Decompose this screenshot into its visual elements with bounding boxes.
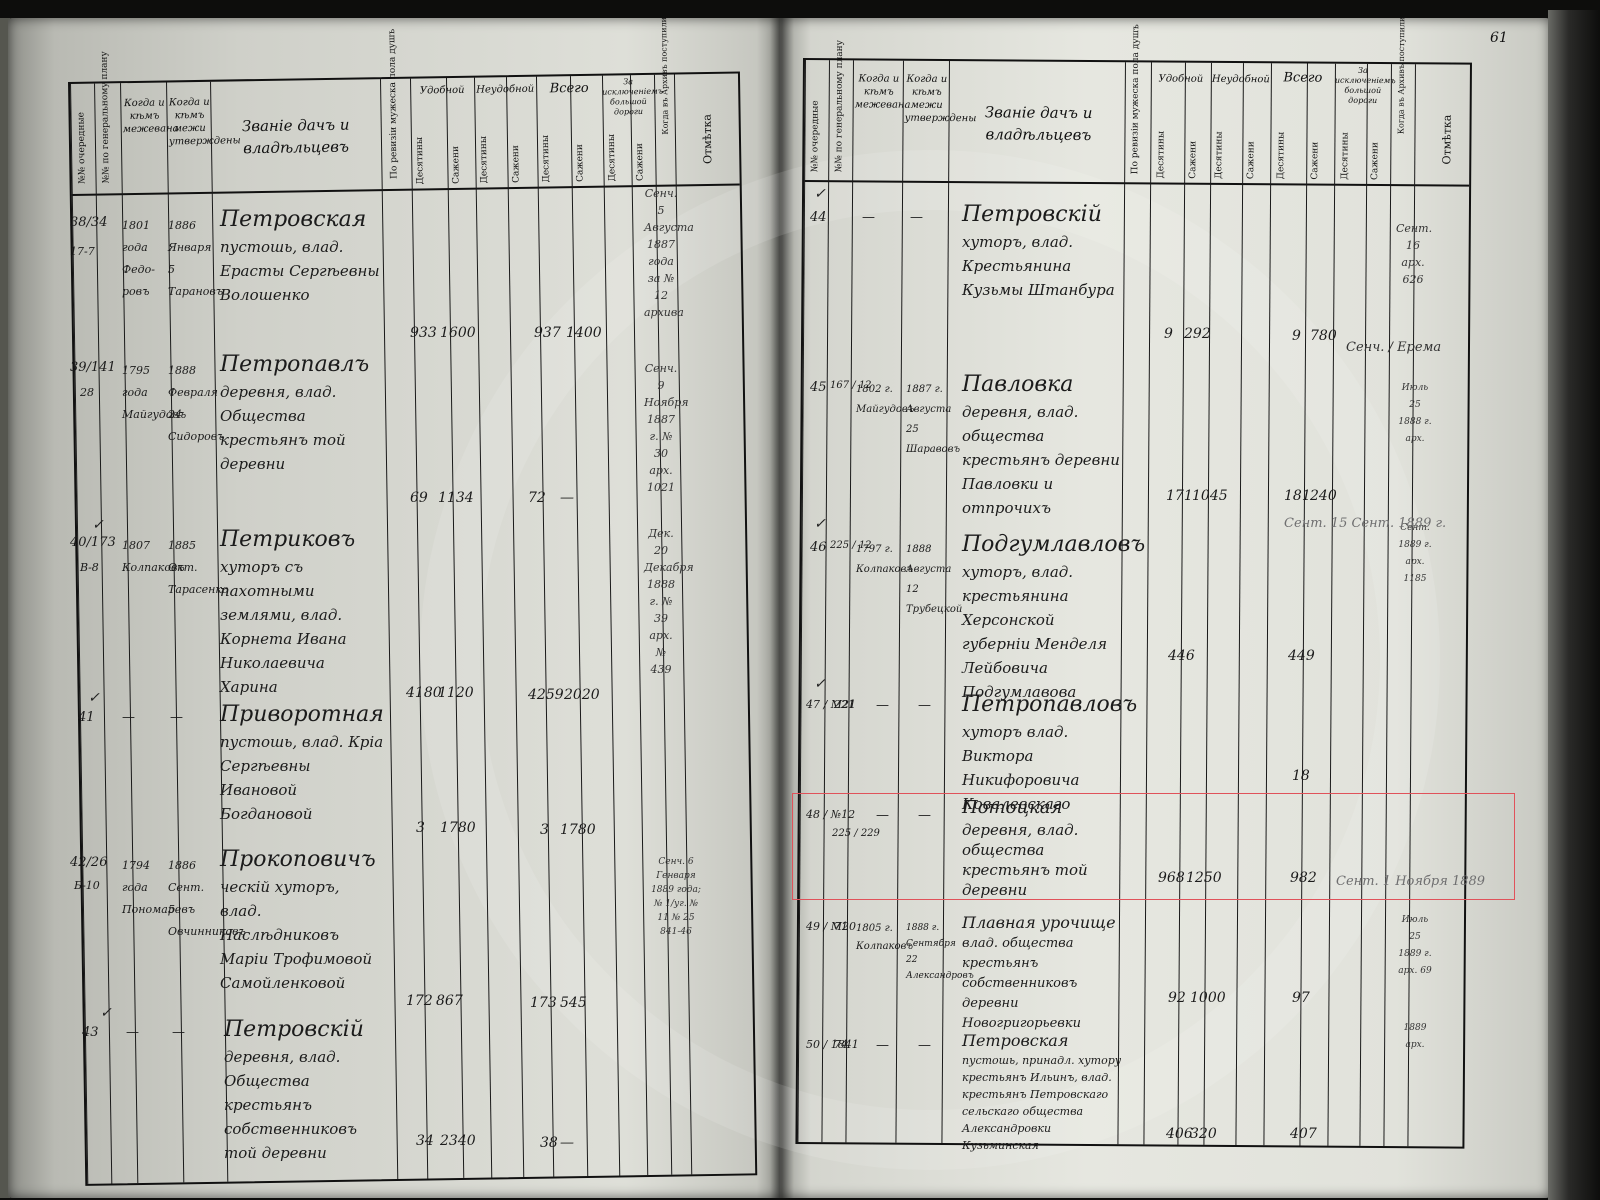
- entry-surveyed: —: [876, 808, 889, 823]
- entry-usable-saz: 1780: [440, 820, 476, 836]
- entry-order-no: 42/26: [70, 855, 107, 870]
- entry-usable-saz: 292: [1184, 326, 1211, 342]
- entry-title-owner: Петропавлъдеревня, влад. Общества кресть…: [220, 350, 385, 476]
- entry-title: Подгумлавловъ: [962, 530, 1127, 560]
- checkmark-icon: ✓: [88, 690, 100, 706]
- entry-title-owner: Потоцкаядеревня, влад. общества крестьян…: [962, 796, 1127, 900]
- entry-title-owner: Павловкадеревня, влад. общества крестьян…: [962, 370, 1127, 520]
- entry-usable-saz: 320: [1190, 1126, 1217, 1142]
- entry-note: Сенч. / Ерема: [1346, 340, 1441, 355]
- header-no-general-plan: №№ по генеральному плану: [834, 40, 845, 172]
- subheader-usable-sazheni: Сажени: [451, 146, 462, 184]
- entry-order-no: 49 / М20: [806, 920, 856, 933]
- col-divider: [1359, 64, 1368, 1146]
- entry-title: Павловка: [962, 370, 1127, 400]
- entry-total-dec: 181: [1284, 488, 1311, 504]
- entry-owner: деревня, влад. Общества крестьянъ той де…: [220, 383, 346, 473]
- col-divider: [1327, 64, 1336, 1146]
- entry-owner: деревня, влад. общества крестьянъ той де…: [962, 821, 1088, 899]
- header-no-order: №№ очередные: [810, 100, 821, 172]
- header-usable: Удобной: [1151, 72, 1211, 85]
- header-title: Званіе дачъ и владѣльцевъ: [958, 101, 1118, 146]
- entry-owner: деревня, влад. Общества крестьянъ собств…: [224, 1048, 357, 1162]
- subheader-usable-desyatiny: Десятины: [415, 137, 426, 185]
- entry-surveyed: 1794 года Пономаревъ: [122, 855, 166, 921]
- entry-plan-no: 225 / 229: [832, 828, 880, 839]
- header-excl-road: За исключеніемъ большой дороги: [1335, 66, 1391, 106]
- entry-title-owner: Приворотнаяпустошь, влад. Кріа Сергѣевны…: [220, 700, 385, 826]
- entry-remark: Сент. 16 арх. 626: [1396, 220, 1430, 288]
- entry-surveyed: —: [126, 1025, 139, 1040]
- entry-surveyed: —: [122, 710, 135, 725]
- entry-surveyed: 1795 года Майгудовъ: [122, 360, 166, 426]
- entry-usable-dec: 968: [1158, 870, 1185, 886]
- entry-plan-no: В-8: [80, 561, 99, 574]
- entry-title: Прокоповичъ: [220, 845, 385, 875]
- entry-total-saz: —: [560, 490, 574, 506]
- entry-owner: пустошь, влад. Кріа Сергѣевны Ивановой Б…: [220, 733, 383, 823]
- entry-usable-saz: 1250: [1186, 870, 1222, 886]
- entry-approved: —: [170, 710, 183, 725]
- entry-archived: Сенч. 6 Генваря 1889 года; № 1/уг. № 11 …: [650, 855, 702, 939]
- entry-surveyed: —: [876, 1038, 889, 1053]
- entry-pencil-note: Сент. 15 Сент. 1889 г.: [1284, 516, 1446, 531]
- entry-title: Петровскій: [224, 1015, 389, 1045]
- subheader-unusable-sazheni: Сажени: [1246, 141, 1256, 179]
- entry-approved: 1888 Февраля 24 Сидоровъ: [168, 360, 212, 448]
- header-total: Всего: [536, 82, 602, 96]
- subheader-road-sazheni: Сажени: [635, 143, 646, 181]
- entry-order-no: 50 / 1841: [806, 1038, 859, 1051]
- col-divider: [1235, 63, 1244, 1145]
- entry-total-saz: 1400: [566, 325, 602, 341]
- entry-title-owner: Петровскійдеревня, влад. Общества кресть…: [224, 1015, 389, 1165]
- entry-owner: ческій хуторъ, влад. Наслѣдниковъ Маріи …: [220, 878, 372, 992]
- header-when-surveyed: Когда и кѣмъ межевана: [855, 72, 903, 111]
- entry-usable-dec: 4180: [406, 685, 442, 701]
- entry-title-owner: Подгумлавловъхуторъ, влад. крестьянина Х…: [962, 530, 1127, 704]
- subheader-total-desyatiny: Десятины: [1276, 132, 1286, 180]
- header-excl-road: За исключеніемъ большой дороги: [602, 77, 655, 118]
- entry-total-dec: 3: [540, 822, 549, 838]
- book-right-edge: [1548, 10, 1600, 1200]
- header-unusable: Неудобной: [1211, 73, 1271, 86]
- entry-usable-saz: 2340: [440, 1133, 476, 1149]
- subheader-total-sazheni: Сажени: [575, 144, 586, 182]
- subheader-total-sazheni: Сажени: [1310, 142, 1320, 180]
- entry-title: Петровская: [220, 205, 385, 235]
- entry-order-no: 39/141: [70, 360, 116, 375]
- checkmark-icon: ✓: [814, 186, 826, 202]
- entry-usable-dec: 933: [410, 325, 437, 341]
- col-divider: [474, 78, 492, 1178]
- entry-total-dec: 407: [1290, 1126, 1317, 1142]
- checkmark-icon: ✓: [100, 1005, 112, 1021]
- col-divider: [446, 78, 464, 1178]
- header-unusable: Неудобной: [474, 83, 536, 97]
- col-divider: [895, 61, 904, 1143]
- entry-total-saz: 1780: [560, 822, 596, 838]
- entry-usable-dec: 171: [1166, 488, 1193, 504]
- entry-surveyed: —: [862, 210, 875, 225]
- entry-remark: Июль 25 1889 г. арх. 69: [1398, 912, 1432, 980]
- col-divider: [602, 76, 620, 1176]
- entry-order-no: 40/173: [70, 535, 116, 550]
- entry-approved: 1888 г. Сентября 22 Александровъ: [906, 920, 950, 984]
- entry-plan-no: Б-10: [74, 879, 100, 892]
- entry-owner: пустошь, влад. Ерасты Сергѣевны Волошенк…: [220, 238, 380, 304]
- entry-usable-dec: 172: [406, 993, 433, 1009]
- header-when-archived: Когда въ Архивъ поступили: [659, 17, 670, 135]
- right-ledger-table: №№ очередные №№ по генеральному плану Ко…: [795, 58, 1472, 1149]
- entry-total-dec: 4259: [528, 687, 564, 703]
- entry-total-dec: 72: [528, 490, 546, 506]
- entry-total-saz: 2020: [564, 687, 600, 703]
- entry-owner: деревня, влад. общества крестьянъ деревн…: [962, 403, 1120, 517]
- col-divider: [506, 77, 524, 1177]
- entry-total-dec: 173: [530, 995, 557, 1011]
- header-no-order: №№ очередные: [76, 112, 87, 184]
- book-gutter: [770, 18, 794, 1198]
- header-when-approved: Когда и кѣмъ межи утверждены: [905, 73, 949, 125]
- entry-total-saz: 780: [1310, 328, 1337, 344]
- subheader-usable-desyatiny: Десятины: [1156, 131, 1166, 179]
- entry-total-dec: 97: [1292, 990, 1310, 1006]
- entry-approved: 1887 г. Августа 25 Шаравовъ: [906, 380, 950, 460]
- entry-usable-saz: 1134: [438, 490, 474, 506]
- entry-title: Петриковъ: [220, 525, 385, 555]
- header-remark: Отмѣтка: [1440, 115, 1453, 165]
- entry-total-saz: 240: [1310, 488, 1337, 504]
- header-when-surveyed: Когда и кѣмъ межевана: [122, 96, 167, 136]
- entry-surveyed: 1797 г. Колпаковъ: [856, 540, 904, 580]
- entry-title-owner: Прокоповичъческій хуторъ, влад. Наслѣдни…: [220, 845, 385, 995]
- subheader-road-sazheni: Сажени: [1370, 142, 1380, 180]
- col-divider: [1143, 62, 1152, 1144]
- entry-archived: Дек. 20 Декабря 1888 г. № 39 арх. № 439: [644, 525, 678, 678]
- col-divider: [1263, 63, 1272, 1145]
- entry-owner: пустошь, принадл. хутору крестьянъ Ильин…: [962, 1054, 1121, 1152]
- entry-order-no: 44: [810, 210, 827, 225]
- entry-title-owner: Петровскаяпустошь, влад. Ерасты Сергѣевн…: [220, 205, 385, 307]
- subheader-unusable-desyatiny: Десятины: [479, 136, 490, 184]
- col-divider: [1177, 63, 1186, 1145]
- entry-approved: 1886 Сент. 5 Овчинниковъ: [168, 855, 212, 943]
- entry-order-no: 38/34: [70, 215, 107, 230]
- entry-archived: Сенч. 9 Ноября 1887 г. № 30 арх. 1021: [644, 360, 678, 496]
- entry-usable-dec: 3: [416, 820, 425, 836]
- subheader-unusable-sazheni: Сажени: [511, 145, 522, 183]
- entry-total-dec: 9: [1292, 328, 1301, 344]
- entry-order-no: 45: [810, 380, 827, 395]
- entry-approved: —: [918, 1038, 931, 1053]
- entry-title: Петропавловъ: [962, 690, 1127, 720]
- entry-total-dec: 38: [540, 1135, 558, 1151]
- entry-owner: хуторъ съ пахотными землями, влад. Корне…: [220, 558, 347, 696]
- entry-title-owner: Петриковъхуторъ съ пахотными землями, вл…: [220, 525, 385, 699]
- entry-pencil-note: Сент. 1 Ноября 1889: [1336, 874, 1485, 889]
- entry-title: Приворотная: [220, 700, 385, 730]
- entry-approved: —: [918, 698, 931, 713]
- entry-remark: Июль 25 1888 г. арх.: [1398, 380, 1432, 448]
- entry-usable-saz: 1600: [440, 325, 476, 341]
- entry-usable-dec: 69: [410, 490, 428, 506]
- entry-usable-dec: 9: [1164, 326, 1173, 342]
- entry-total-dec: 18: [1292, 768, 1310, 784]
- entry-approved: —: [918, 808, 931, 823]
- header-when-approved: Когда и кѣмъ межи утверждены: [168, 96, 211, 149]
- header-total: Всего: [1271, 71, 1335, 84]
- entry-usable-dec: 92: [1168, 990, 1186, 1006]
- entry-order-no: 41: [78, 710, 95, 725]
- entry-usable-saz: 867: [436, 993, 463, 1009]
- entry-surveyed: 1805 г. Колпаковъ: [856, 920, 904, 956]
- entry-approved: 1885 Окт. Тарасенко: [168, 535, 212, 601]
- entry-plan-no: 221: [834, 698, 855, 711]
- page-number: 61: [1490, 30, 1508, 46]
- entry-title-owner: Петровскаяпустошь, принадл. хутору крест…: [962, 1030, 1127, 1154]
- entry-owner: хуторъ, влад. крестьянина Херсонской губ…: [962, 563, 1107, 701]
- entry-title-owner: Петровскійхуторъ, влад. Крестьянина Кузь…: [962, 200, 1127, 302]
- entry-archived: Сенч. 5 Августа 1887 года за № 12 архива: [644, 185, 678, 321]
- checkmark-icon: ✓: [814, 516, 826, 532]
- subheader-road-desyatiny: Десятины: [1340, 132, 1350, 180]
- open-ledger-book: 61 №№ очередные №№ по генеральному плану…: [0, 0, 1600, 1200]
- col-divider: [1383, 64, 1392, 1146]
- entry-usable-saz: 1000: [1190, 990, 1226, 1006]
- entry-title: Петропавлъ: [220, 350, 385, 380]
- entry-title: Петровская: [962, 1030, 1127, 1052]
- entry-title: Петровскій: [962, 200, 1127, 230]
- entry-remark: 1889 арх.: [1398, 1020, 1432, 1054]
- col-divider: [1203, 63, 1212, 1145]
- entry-plan-no: 17-7: [70, 245, 95, 258]
- header-when-archived: Когда въ Архивъ поступили: [1396, 17, 1406, 135]
- entry-plan-no: 74: [834, 1038, 848, 1051]
- entry-order-no: 43: [82, 1025, 99, 1040]
- entry-usable-dec: 446: [1168, 648, 1195, 664]
- entry-approved: —: [172, 1025, 185, 1040]
- header-remark: Отмѣтка: [701, 114, 715, 164]
- entry-total-dec: 982: [1290, 870, 1317, 886]
- entry-usable-saz: 1045: [1192, 488, 1228, 504]
- entry-usable-dec: 34: [416, 1133, 434, 1149]
- col-divider: [410, 79, 428, 1179]
- entry-owner: влад. общества крестьянъ собственниковъ …: [962, 936, 1081, 1031]
- entry-surveyed: 1802 г. Майгудовъ: [856, 380, 904, 420]
- subheader-unusable-desyatiny: Десятины: [1214, 131, 1224, 179]
- entry-approved: 1886 Января 5 Тарановъ: [168, 215, 212, 303]
- header-no-general-plan: №№ по генеральному плану: [100, 51, 112, 183]
- entry-title: Плавная урочище: [962, 912, 1127, 934]
- entry-plan-no: 28: [80, 386, 94, 399]
- header-title: Званіе дачъ и владѣльцевъ: [221, 113, 372, 159]
- entry-order-no: 46: [810, 540, 827, 555]
- entry-order-no: 48 / №12: [806, 808, 855, 821]
- entry-surveyed: —: [876, 698, 889, 713]
- entry-approved: —: [910, 210, 923, 225]
- entry-plan-no: 71: [834, 920, 848, 933]
- col-divider: [1299, 64, 1308, 1146]
- checkmark-icon: ✓: [92, 517, 104, 533]
- subheader-total-desyatiny: Десятины: [541, 135, 552, 183]
- entry-title-owner: Плавная урочищевлад. общества крестьянъ …: [962, 912, 1127, 1034]
- entry-approved: 1888 Августа 12 Трубецкой: [906, 540, 950, 620]
- header-usable: Удобной: [410, 84, 474, 98]
- entry-title: Потоцкая: [962, 796, 1127, 820]
- entry-total-saz: 545: [560, 995, 587, 1011]
- col-divider: [845, 60, 854, 1142]
- subheader-usable-sazheni: Сажени: [1188, 141, 1198, 179]
- entry-owner: хуторъ, влад. Крестьянина Кузьмы Штанбур…: [962, 233, 1115, 299]
- entry-surveyed: 1807 Колпаковъ: [122, 535, 166, 579]
- col-divider: [536, 77, 554, 1177]
- entry-total-saz: —: [560, 1135, 574, 1151]
- entry-total-dec: 937: [534, 325, 561, 341]
- entry-usable-saz: 1120: [438, 685, 474, 701]
- subheader-road-desyatiny: Десятины: [607, 134, 618, 182]
- entry-surveyed: 1801 года Федо-ровъ: [122, 215, 166, 303]
- header-revision-souls: По ревизіи мужеска пола душъ: [1130, 24, 1141, 174]
- entry-total-dec: 449: [1288, 648, 1315, 664]
- checkmark-icon: ✓: [814, 676, 826, 692]
- entry-usable-dec: 406: [1166, 1126, 1193, 1142]
